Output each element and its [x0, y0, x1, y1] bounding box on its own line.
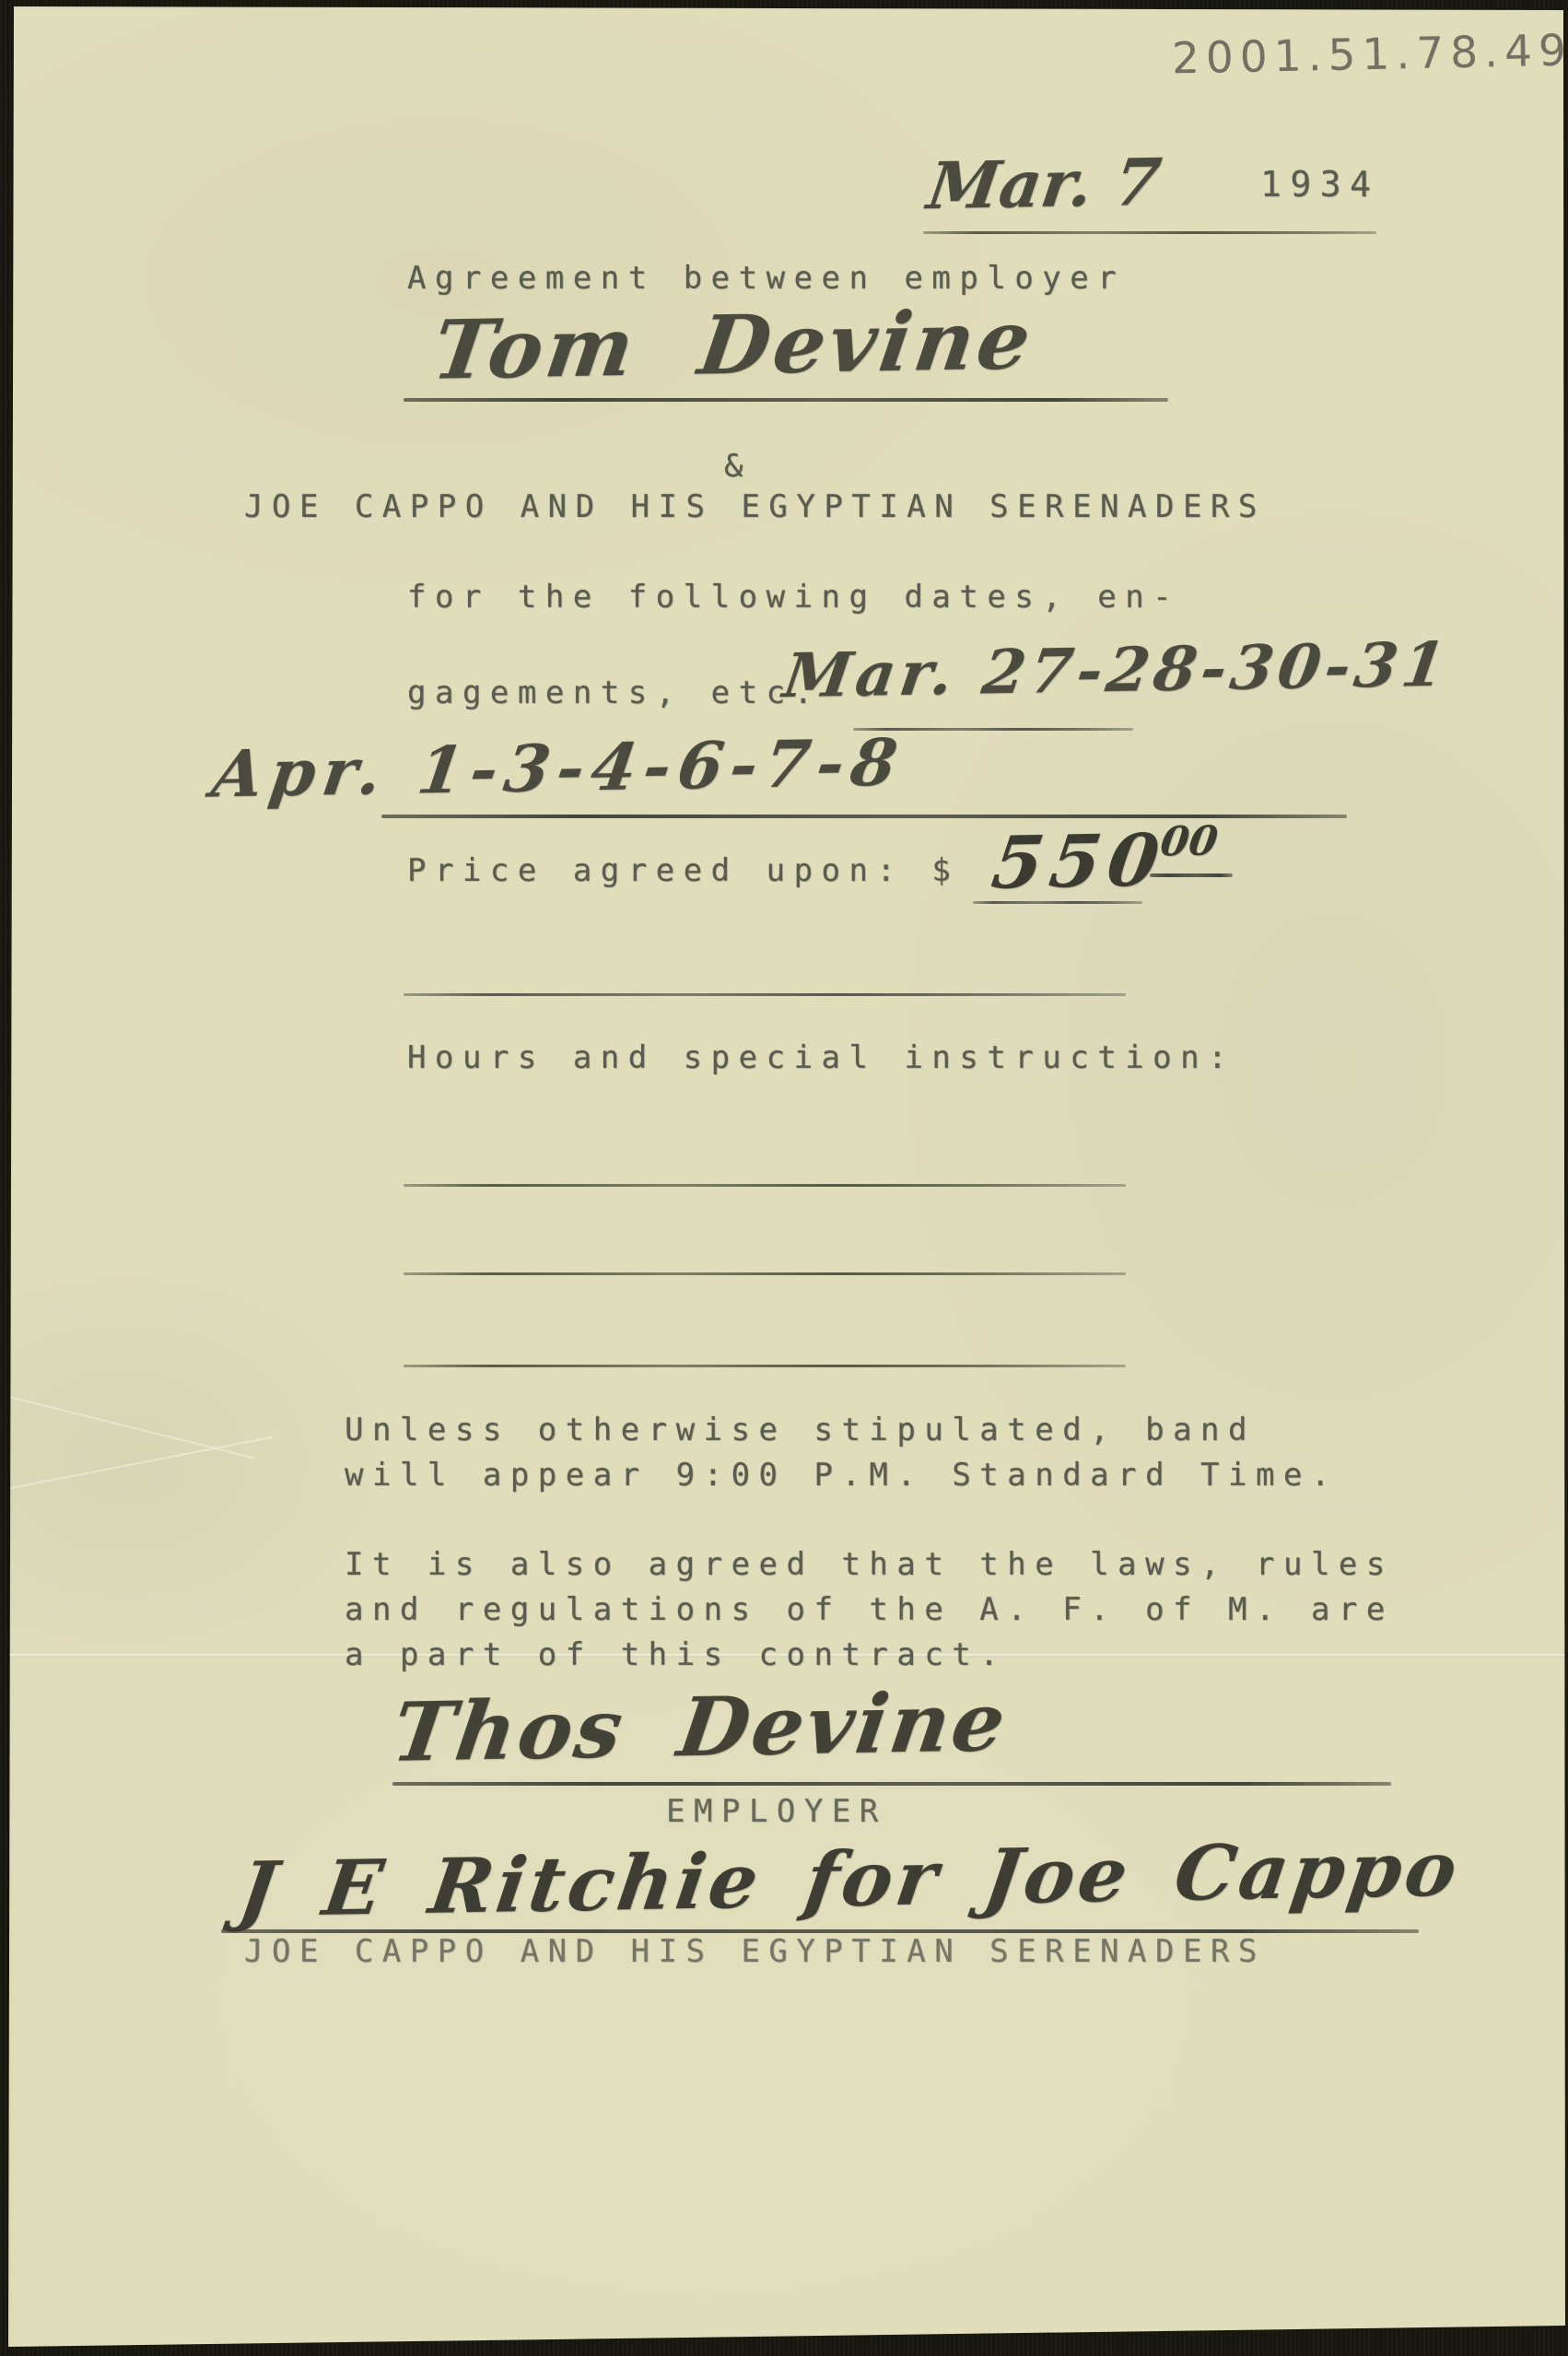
ampersand: & — [724, 448, 752, 485]
employer-name-signature: Tom Devine — [427, 291, 1040, 397]
blank-line — [404, 1272, 1126, 1275]
blank-line — [404, 993, 1126, 996]
standard-time-clause-line1: Unless otherwise stipulated, band — [345, 1412, 1256, 1448]
hours-label: Hours and special instruction: — [407, 1039, 1235, 1076]
accession-number: 2001.51.78.49 — [1171, 25, 1568, 84]
employer-signature-line — [392, 1782, 1391, 1786]
dates-intro-line2: gagements, etc. — [407, 674, 822, 711]
diagonal-crease — [0, 1436, 274, 1496]
employer-signature: Thos Devine — [387, 1673, 1014, 1780]
price-value-handwritten: 550 — [987, 818, 1171, 905]
price-label: Price agreed upon: $ — [407, 852, 959, 889]
handwritten-date: Mar. 7 — [923, 144, 1165, 224]
afm-clause-line1: It is also agreed that the laws, rules — [345, 1546, 1394, 1583]
afm-clause-line3: a part of this contract. — [345, 1636, 1007, 1673]
blank-line — [404, 1184, 1126, 1187]
date-underline — [923, 231, 1376, 234]
diagonal-crease — [0, 1390, 254, 1459]
price-underline — [973, 901, 1142, 904]
price-cents-underline — [1150, 873, 1233, 877]
blank-line — [404, 1365, 1126, 1367]
afm-clause-line2: and regulations of the A. F. of M. are — [345, 1591, 1394, 1628]
typed-year: 1934 — [1260, 164, 1380, 205]
engagement-dates-april: Apr. 1-3-4-6-7-8 — [207, 723, 909, 812]
band-signature-label: JOE CAPPO AND HIS EGYPTIAN SERENADERS — [244, 1933, 1266, 1970]
price-cents-handwritten: 00 — [1157, 817, 1221, 865]
dates-intro-line1: for the following dates, en- — [407, 579, 1180, 615]
standard-time-clause-line2: will appear 9:00 P.M. Standard Time. — [345, 1457, 1339, 1494]
employer-name-underline — [404, 398, 1168, 402]
employer-label: EMPLOYER — [666, 1793, 887, 1830]
scanned-document-page: { "colors": { "scan_background": "#15150… — [0, 0, 1568, 2356]
band-name: JOE CAPPO AND HIS EGYPTIAN SERENADERS — [244, 488, 1266, 525]
engagement-dates-march: Mar. 27-28-30-31 — [779, 628, 1455, 712]
